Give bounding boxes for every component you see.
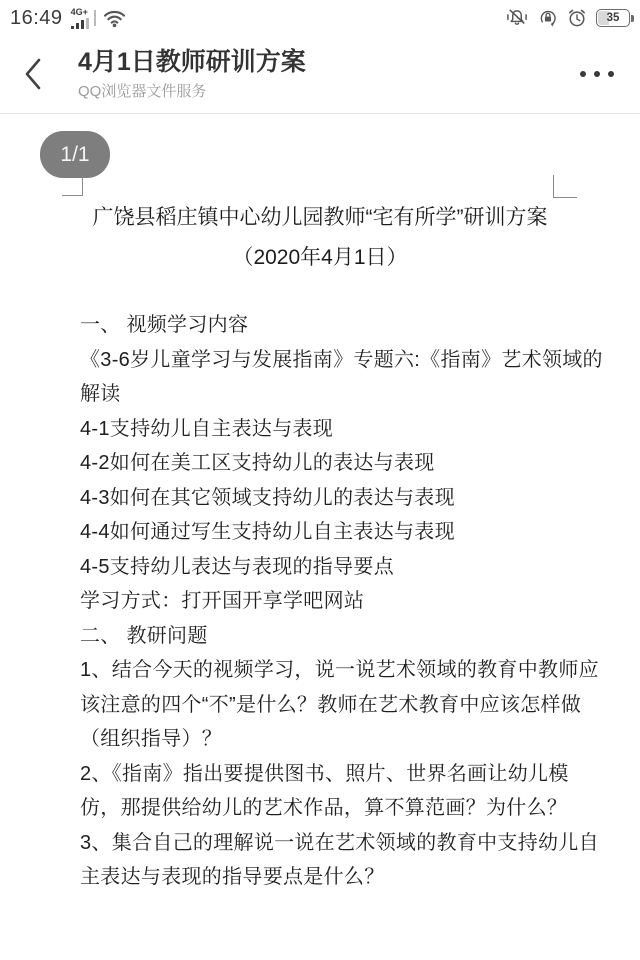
document-title-line: 广饶县稻庄镇中心幼儿园教师“宅有所学”研训方案	[0, 198, 640, 238]
document-text-line: 4-2如何在美工区支持幼儿的表达与表现	[80, 446, 640, 481]
document-body: 一、 视频学习内容《3-6岁儿童学习与发展指南》专题六:《指南》艺术领域的解读4…	[0, 308, 640, 895]
page-indicator-badge: 1/1	[40, 131, 110, 178]
page-title: 4月1日教师研训方案	[78, 47, 570, 77]
title-bar: 4月1日教师研训方案 QQ浏览器文件服务	[0, 34, 640, 114]
document-text-line: 《3-6岁儿童学习与发展指南》专题六:《指南》艺术领域的	[80, 343, 640, 378]
network-type-label: 4G+	[71, 8, 88, 17]
page-corner-mark-right	[553, 175, 577, 198]
back-chevron-icon	[22, 56, 44, 92]
wifi-icon	[103, 9, 126, 28]
battery-percent: 35	[607, 12, 620, 24]
status-bar: 16:49 4G+	[0, 0, 640, 34]
document-title: 广饶县稻庄镇中心幼儿园教师“宅有所学”研训方案（2020年4月1日）	[0, 198, 640, 278]
document-text-line: 二、 教研问题	[80, 619, 640, 654]
document-page: 广饶县稻庄镇中心幼儿园教师“宅有所学”研训方案（2020年4月1日） 一、 视频…	[0, 114, 640, 895]
sim-divider	[94, 10, 96, 26]
document-text-line: 3、集合自己的理解说一说在艺术领域的教育中支持幼儿自	[80, 826, 640, 861]
dot-icon	[594, 71, 600, 77]
document-text-line: 4-4如何通过写生支持幼儿自主表达与表现	[80, 515, 640, 550]
rotation-lock-icon	[538, 8, 558, 28]
document-text-line: 1、结合今天的视频学习，说一说艺术领域的教育中教师应	[80, 653, 640, 688]
dot-icon	[580, 71, 586, 77]
document-text-line: 该注意的四个“不”是什么？教师在艺术教育中应该怎样做	[80, 688, 640, 723]
document-text-line: 解读	[80, 377, 640, 412]
document-text-line: 2、《指南》指出要提供图书、照片、世界名画让幼儿模	[80, 757, 640, 792]
document-text-line: 一、 视频学习内容	[80, 308, 640, 343]
header-title-block: 4月1日教师研训方案 QQ浏览器文件服务	[78, 47, 570, 101]
vibrate-icon	[505, 8, 529, 28]
document-text-line: （组织指导）？	[80, 722, 640, 757]
document-viewer[interactable]: 1/1 广饶县稻庄镇中心幼儿园教师“宅有所学”研训方案（2020年4月1日） 一…	[0, 114, 640, 895]
clock-time: 16:49	[10, 7, 63, 30]
alarm-icon	[567, 8, 587, 28]
document-text-line: 4-1支持幼儿自主表达与表现	[80, 412, 640, 447]
document-text-line: 4-5支持幼儿表达与表现的指导要点	[80, 550, 640, 585]
document-title-line: （2020年4月1日）	[0, 238, 640, 278]
back-button[interactable]	[22, 52, 56, 96]
phone-screen: { "status_bar": { "time": "16:49", "netw…	[0, 0, 640, 960]
dot-icon	[608, 71, 614, 77]
signal-bars-icon	[71, 18, 91, 29]
cellular-signal-icon: 4G+	[71, 8, 91, 29]
battery-icon: 35	[596, 9, 630, 27]
document-text-line: 4-3如何在其它领域支持幼儿的表达与表现	[80, 481, 640, 516]
page-corner-mark-left	[62, 176, 83, 196]
document-text-line: 学习方式：打开国开享学吧网站	[80, 584, 640, 619]
page-subtitle: QQ浏览器文件服务	[78, 80, 570, 101]
document-text-line: 主表达与表现的指导要点是什么？	[80, 860, 640, 895]
more-options-button[interactable]	[570, 61, 616, 87]
document-text-line: 仿，那提供给幼儿的艺术作品，算不算范画？为什么？	[80, 791, 640, 826]
